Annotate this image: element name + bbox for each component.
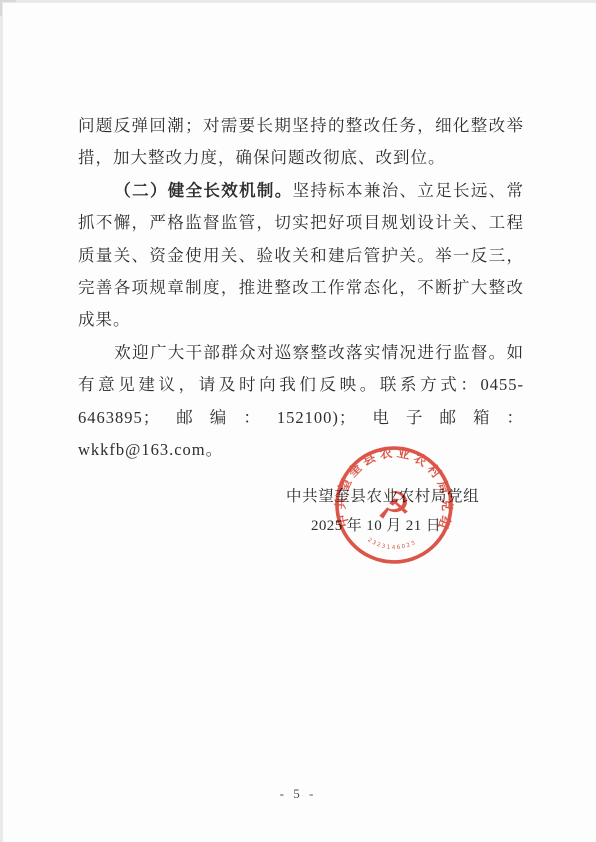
seal-serial-text: 2323146023 <box>366 537 418 552</box>
section-heading: （二）健全长效机制。 <box>114 181 292 200</box>
signature-date: 2025 年 10 月 21 日 <box>311 514 441 535</box>
paragraph-section-two: （二）健全长效机制。坚持标本兼治、立足长远、常抓不懈，严格监督监管，切实把好项目… <box>78 175 524 337</box>
signature-organization: 中共望奎县农业农村局党组 <box>286 484 479 506</box>
paragraph-continuation: 问题反弹回潮；对需要长期坚持的整改任务，细化整改举措，加大整改力度，确保问题改彻… <box>78 110 524 175</box>
paragraph-contact: 欢迎广大干部群众对巡察整改落实情况进行监督。如有意见建议，请及时向我们反映。联系… <box>78 337 524 467</box>
section-body: 坚持标本兼治、立足长远、常抓不懈，严格监督监管，切实把好项目规划设计关、工程质量… <box>78 181 524 330</box>
page-number: - 5 - <box>0 786 596 802</box>
document-body: 问题反弹回潮；对需要长期坚持的整改任务，细化整改举措，加大整改力度，确保问题改彻… <box>78 110 524 466</box>
scan-edge-artifact <box>0 0 16 16</box>
document-page: 问题反弹回潮；对需要长期坚持的整改任务，细化整改举措，加大整改力度，确保问题改彻… <box>0 0 596 842</box>
seal-serial: 2323146023 <box>366 537 418 552</box>
